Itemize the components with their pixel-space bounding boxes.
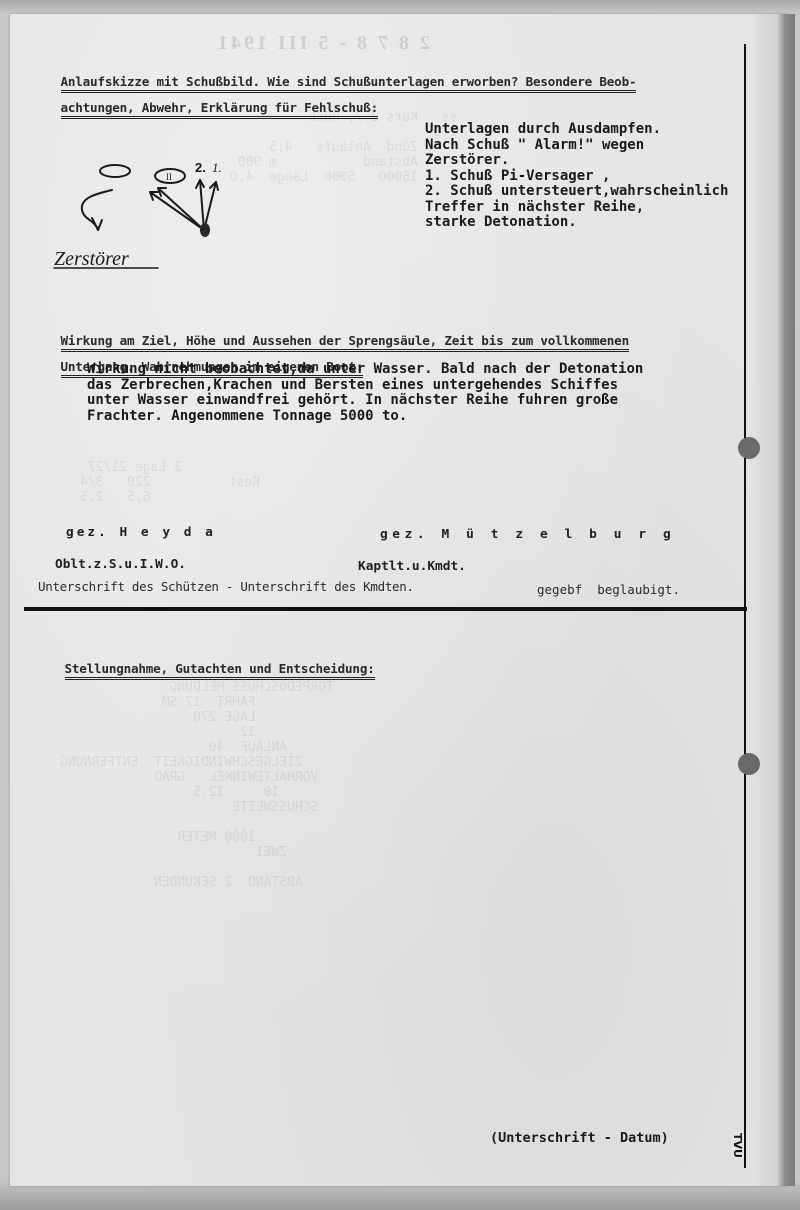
certification-note: gegebf beglaubigt. <box>537 582 680 597</box>
scanned-document: 2 8 7 8 - 5 III 1941 ss Kurs 2.7, Rück .… <box>0 0 800 1210</box>
shooter-signature: gez. H e y d a <box>66 525 216 540</box>
section1-text-line: Treffer in nächster Reihe, <box>425 200 728 216</box>
section2-text: Wirkung nicht beobachtet,da unter Wasser… <box>87 362 643 424</box>
section-divider <box>24 607 747 611</box>
margin-mark: TVU <box>731 1132 744 1159</box>
section1-label-line2: achtungen, Abwehr, Erklärung für Fehlsch… <box>31 85 378 134</box>
shooter-rank: Oblt.z.S.u.I.W.O. <box>55 557 186 572</box>
section3-label: Stellungnahme, Gutachten und Entscheidun… <box>35 646 375 695</box>
section2-text-line: unter Wasser einwandfrei gehört. In näch… <box>87 393 643 409</box>
punch-hole <box>738 437 760 459</box>
bleed-through-text: TORPEDOSCHUSS MELDUNG FAHRT 17 SM LAGE 2… <box>60 680 334 890</box>
commander-signature: gez. M ü t z e l b u r g <box>380 527 675 542</box>
section2-text-line: Wirkung nicht beobachtet,da unter Wasser… <box>87 362 643 378</box>
section1-text-line: Zerstörer. <box>425 153 728 169</box>
section1-text-line: Unterlagen durch Ausdampfen. <box>425 122 728 138</box>
section2-text-line: das Zerbrechen,Krachen und Bersten eines… <box>87 378 643 394</box>
faint-stamp: 2 8 7 8 - 5 III 1941 <box>215 32 430 55</box>
page-edge-strip <box>755 14 795 1186</box>
destroyer-path <box>82 190 112 230</box>
attack-sketch: II 2. 1. Zerstörer <box>40 150 230 280</box>
uboat-position <box>200 223 210 237</box>
destroyer-ellipse <box>100 165 130 177</box>
svg-text:1.: 1. <box>212 160 222 175</box>
section1-text-line: starke Detonation. <box>425 215 728 231</box>
section1-text-line: 1. Schuß Pi-Versager , <box>425 169 728 185</box>
section1-text: Unterlagen durch Ausdampfen.Nach Schuß "… <box>425 122 728 231</box>
signature-date-caption: (Unterschrift - Datum) <box>490 1131 669 1147</box>
bleed-through-text: 2 Lage 21/27 Rest 220 3/4 6,5 2,5 <box>80 460 299 505</box>
commander-rank: Kaptlt.u.Kmdt. <box>358 559 466 574</box>
section1-text-line: Nach Schuß " Alarm!" wegen <box>425 138 728 154</box>
punch-hole <box>738 753 760 775</box>
section2-text-line: Frachter. Angenommene Tonnage 5000 to. <box>87 409 643 425</box>
right-margin-rule <box>744 44 746 1168</box>
signature-caption: Unterschrift des Schützen - Unterschrift… <box>38 579 414 594</box>
svg-text:Zerstörer: Zerstörer <box>54 248 129 270</box>
section1-text-line: 2. Schuß untersteuert,wahrscheinlich <box>425 184 728 200</box>
svg-text:II: II <box>166 172 172 182</box>
svg-text:2.: 2. <box>195 160 206 175</box>
